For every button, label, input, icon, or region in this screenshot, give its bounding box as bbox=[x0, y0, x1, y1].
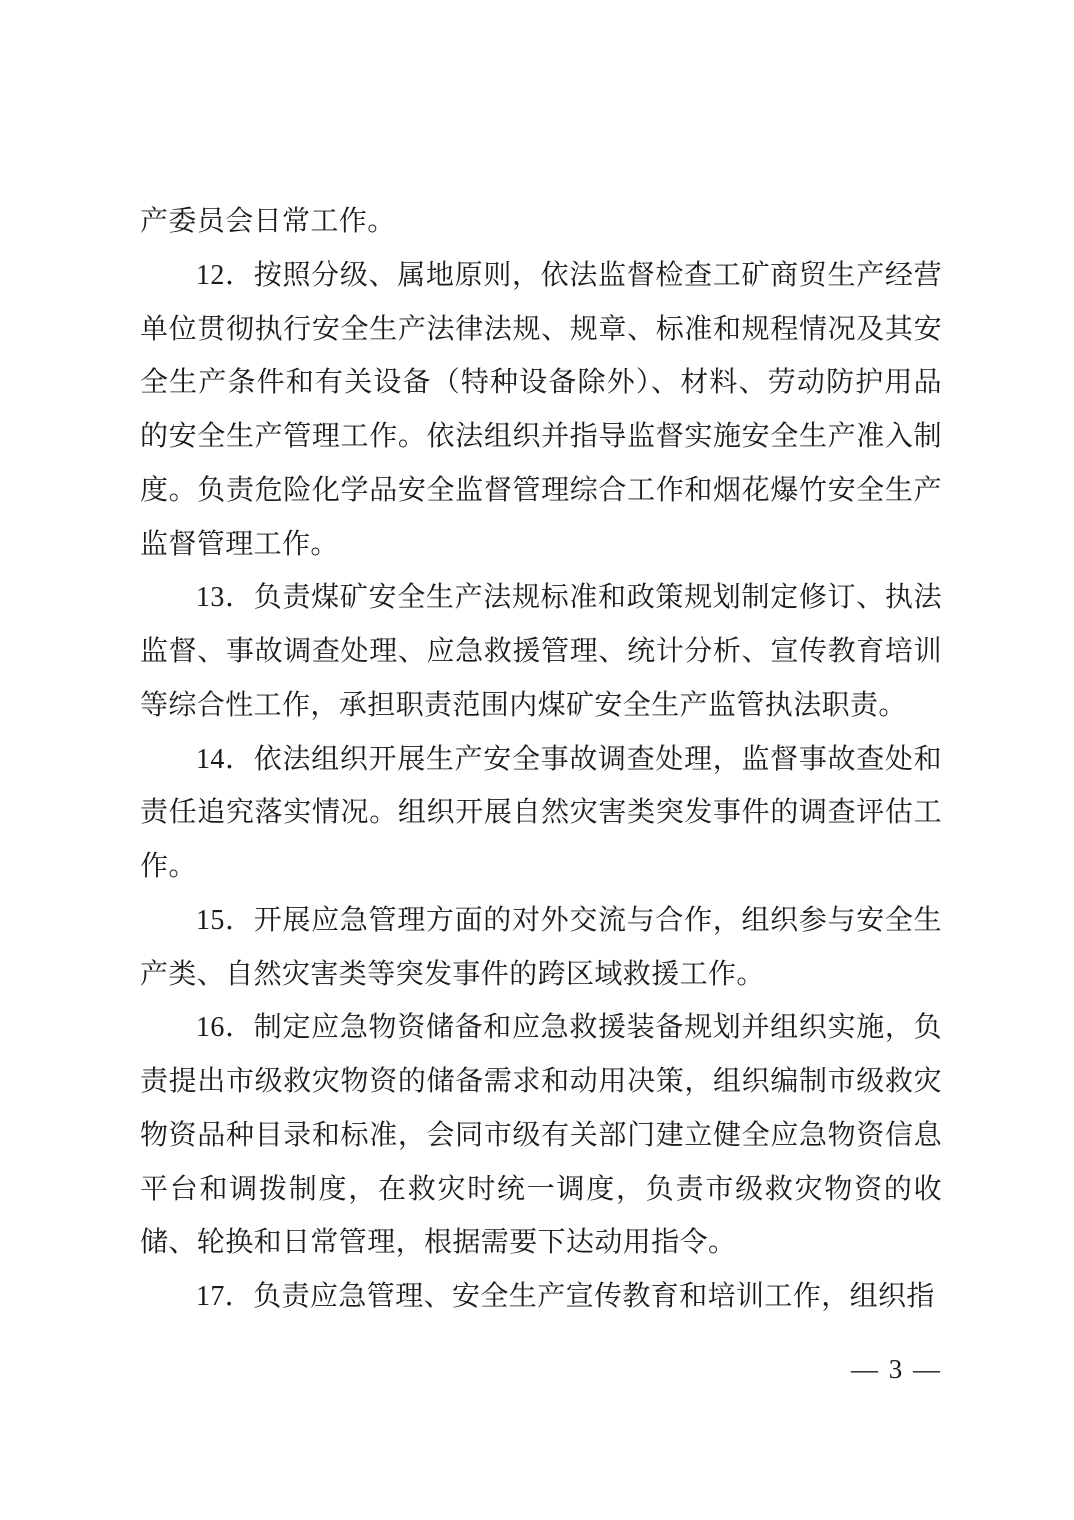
document-body: 产委员会日常工作。12．按照分级、属地原则，依法监督检查工矿商贸生产经营单位贯彻… bbox=[140, 195, 942, 1324]
paragraph-item-17: 17．负责应急管理、安全生产宣传教育和培训工作，组织指 bbox=[140, 1270, 942, 1324]
paragraph-item-12: 12．按照分级、属地原则，依法监督检查工矿商贸生产经营单位贯彻执行安全生产法律法… bbox=[140, 249, 942, 572]
paragraph-item-13: 13．负责煤矿安全生产法规标准和政策规划制定修订、执法监督、事故调查处理、应急救… bbox=[140, 571, 942, 732]
paragraph-item-14: 14．依法组织开展生产安全事故调查处理，监督事故查处和责任追究落实情况。组织开展… bbox=[140, 733, 942, 894]
document-page: 产委员会日常工作。12．按照分级、属地原则，依法监督检查工矿商贸生产经营单位贯彻… bbox=[0, 0, 1074, 1520]
paragraph-item-16: 16．制定应急物资储备和应急救援装备规划并组织实施，负责提出市级救灾物资的储备需… bbox=[140, 1001, 942, 1270]
paragraph-continuation: 产委员会日常工作。 bbox=[140, 195, 942, 249]
page-number: — 3 — bbox=[851, 1352, 942, 1386]
paragraph-item-15: 15．开展应急管理方面的对外交流与合作，组织参与安全生产类、自然灾害类等突发事件… bbox=[140, 894, 942, 1002]
